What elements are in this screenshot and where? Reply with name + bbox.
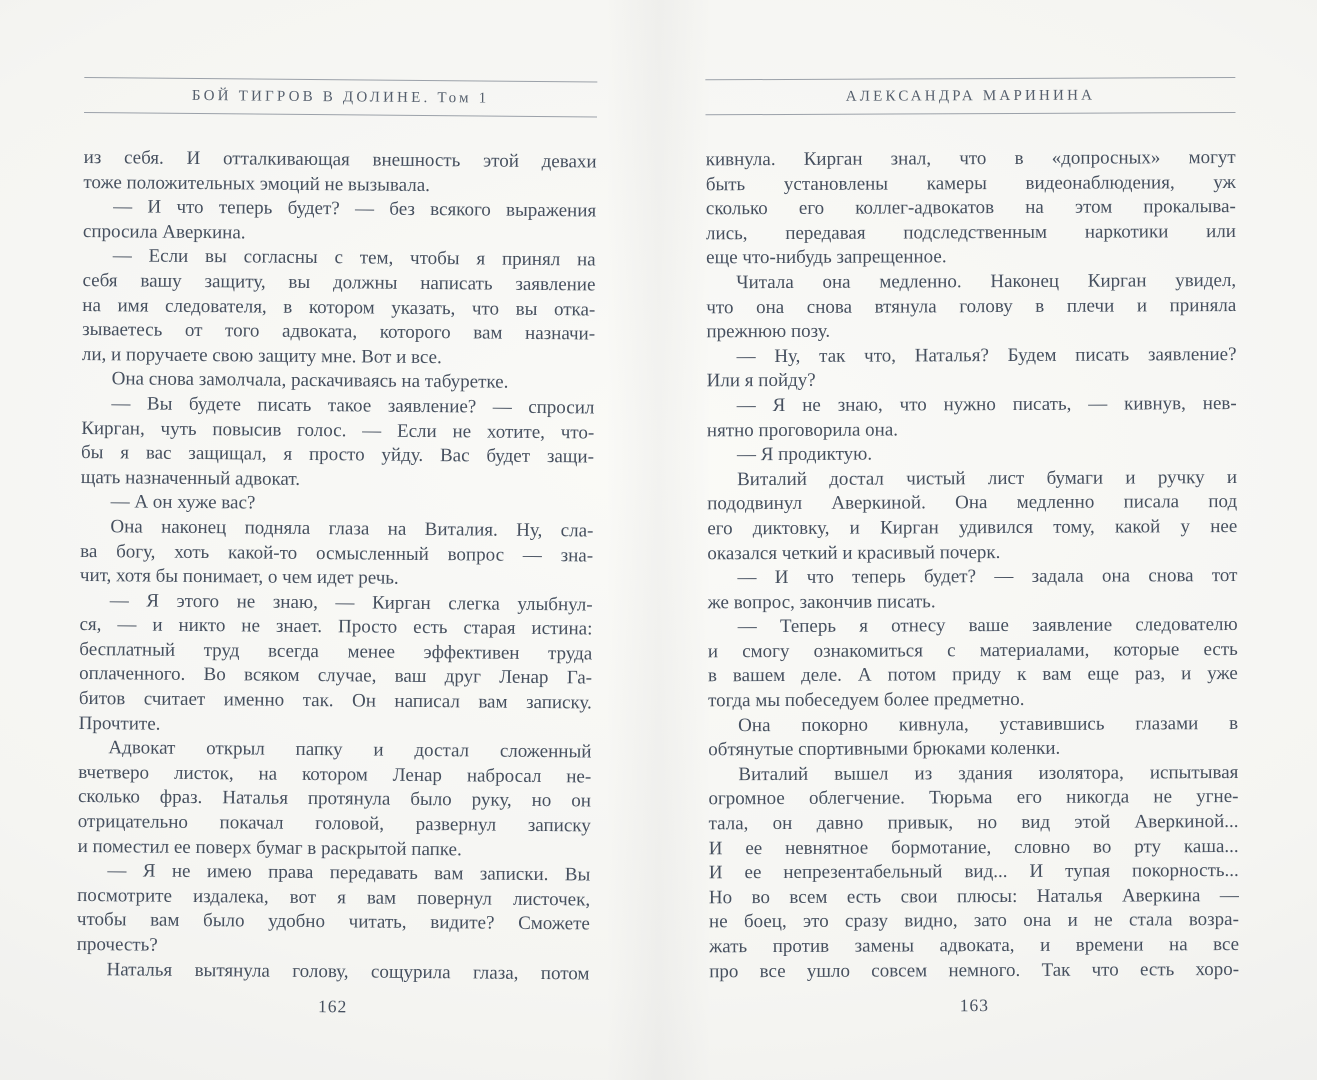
text-line: лись,передаваяподследственнымнаркотикиил… xyxy=(706,220,1236,247)
text-line: небоец,этосразувидно,затоонаинесталавозр… xyxy=(709,908,1239,935)
text-line: исмогуознакомитьсясматериалами,которыеес… xyxy=(708,638,1238,665)
text-line: —Ну,такчто,Наталья?Будемписатьзаявление? xyxy=(707,343,1237,370)
text-line: —Янезнаю,чтонужнописать,—кивнув,нев- xyxy=(707,392,1237,419)
text-line: Нововсеместьсвоиплюсы:НатальяАверкина— xyxy=(709,884,1239,911)
text-line: — А он хуже вас? xyxy=(81,490,594,519)
text-line: Натальявытянулаголову,сощурилаглаза,пото… xyxy=(76,958,589,987)
text-line: Адвокатоткрылпапкуидосталсложенный xyxy=(78,736,591,765)
text-line: же вопрос, закончив писать. xyxy=(708,589,1238,616)
text-line: еще что-нибудь запрещенное. xyxy=(706,244,1236,271)
text-line: Иеенепрезентабельныйвид...Итупаяпокорнос… xyxy=(709,859,1239,886)
text-line: Или я пойду? xyxy=(707,367,1237,394)
text-line: Виталийдосталчистыйлистбумагииручкуи xyxy=(707,466,1237,493)
text-line: тала,ондавнопривык,новидэтойАверкиной... xyxy=(709,810,1239,837)
text-line: ввашемделе.Апотомпридуквамещераз,иуже xyxy=(708,662,1238,689)
right-running-head: АЛЕКСАНДРА МАРИНИНА xyxy=(705,77,1235,115)
text-line: бытьустановленыкамерывидеонаблюдения,уж xyxy=(706,171,1236,198)
text-line: —Теперьяотнесувашезаявлениеследователю xyxy=(708,613,1238,640)
text-line: жатьпротивзаменыадвоката,ивременинавсе xyxy=(709,933,1239,960)
text-line: —Ичтотеперьбудет?—задалаонасноватот xyxy=(707,564,1237,591)
text-line: Виталийвышелиззданияизолятора,испытывая xyxy=(708,761,1238,788)
text-line: пододвинулАверкиной.Онамедленнописалапод xyxy=(707,490,1237,517)
text-line: тогда мы побеседуем более предметно. xyxy=(708,687,1238,714)
running-head-author: АЛЕКСАНДРА МАРИНИНА xyxy=(705,78,1235,114)
right-page: АЛЕКСАНДРА МАРИНИНА кивнула.Кирганзнал,ч… xyxy=(705,0,1239,1017)
left-running-head: БОЙ ТИГРОВ В ДОЛИНЕ. Том 1 xyxy=(84,77,597,117)
right-page-number: 163 xyxy=(709,994,1239,1017)
text-line: обтянутые спортивными брюками коленки. xyxy=(708,736,1238,763)
text-line: чтоонасновавтянулаголовувплечииприняла xyxy=(706,294,1236,321)
text-line: —Выбудетеписатьтакоезаявление?—спросил xyxy=(81,392,594,421)
text-line: Читалаонамедленно.НаконецКирганувидел, xyxy=(706,269,1236,296)
text-line: Иееневнятноебормотание,словновортукаша..… xyxy=(709,835,1239,862)
text-line: егодиктовку,иКирганудивилсятому,какойуне… xyxy=(707,515,1237,542)
text-line: огромноеоблегчение.Тюрьмаегоникогданеугн… xyxy=(708,785,1238,812)
text-line: провсеушлосовсемнемного.Такчтоестьхоро- xyxy=(709,958,1239,985)
text-line: кивнула.Кирганзнал,чтов«допросных»могут xyxy=(706,146,1236,173)
text-line: нятно проговорила она. xyxy=(707,417,1237,444)
text-line: сколькоегоколлег-адвокатовнаэтомпрокалыв… xyxy=(706,195,1236,222)
text-line: Онапокорнокивнула,уставившисьглазамив xyxy=(708,712,1238,739)
text-line: себявашузащиту,выдолжнынаписатьзаявление xyxy=(82,269,595,298)
text-line: прежнюю позу. xyxy=(706,318,1236,345)
text-line: оказался четкий и красивый почерк. xyxy=(707,539,1237,566)
left-page-text: изсебя.Иотталкивающаявнешностьэтойдевахи… xyxy=(76,146,596,987)
left-page: БОЙ ТИГРОВ В ДОЛИНЕ. Том 1 изсебя.Иоттал… xyxy=(76,0,598,1020)
right-page-text: кивнула.Кирганзнал,чтов«допросных»могутб… xyxy=(706,146,1240,984)
running-head-title: БОЙ ТИГРОВ В ДОЛИНЕ. Том 1 xyxy=(84,78,597,116)
left-page-number: 162 xyxy=(76,994,589,1019)
text-line: — Я продиктую. xyxy=(707,441,1237,468)
